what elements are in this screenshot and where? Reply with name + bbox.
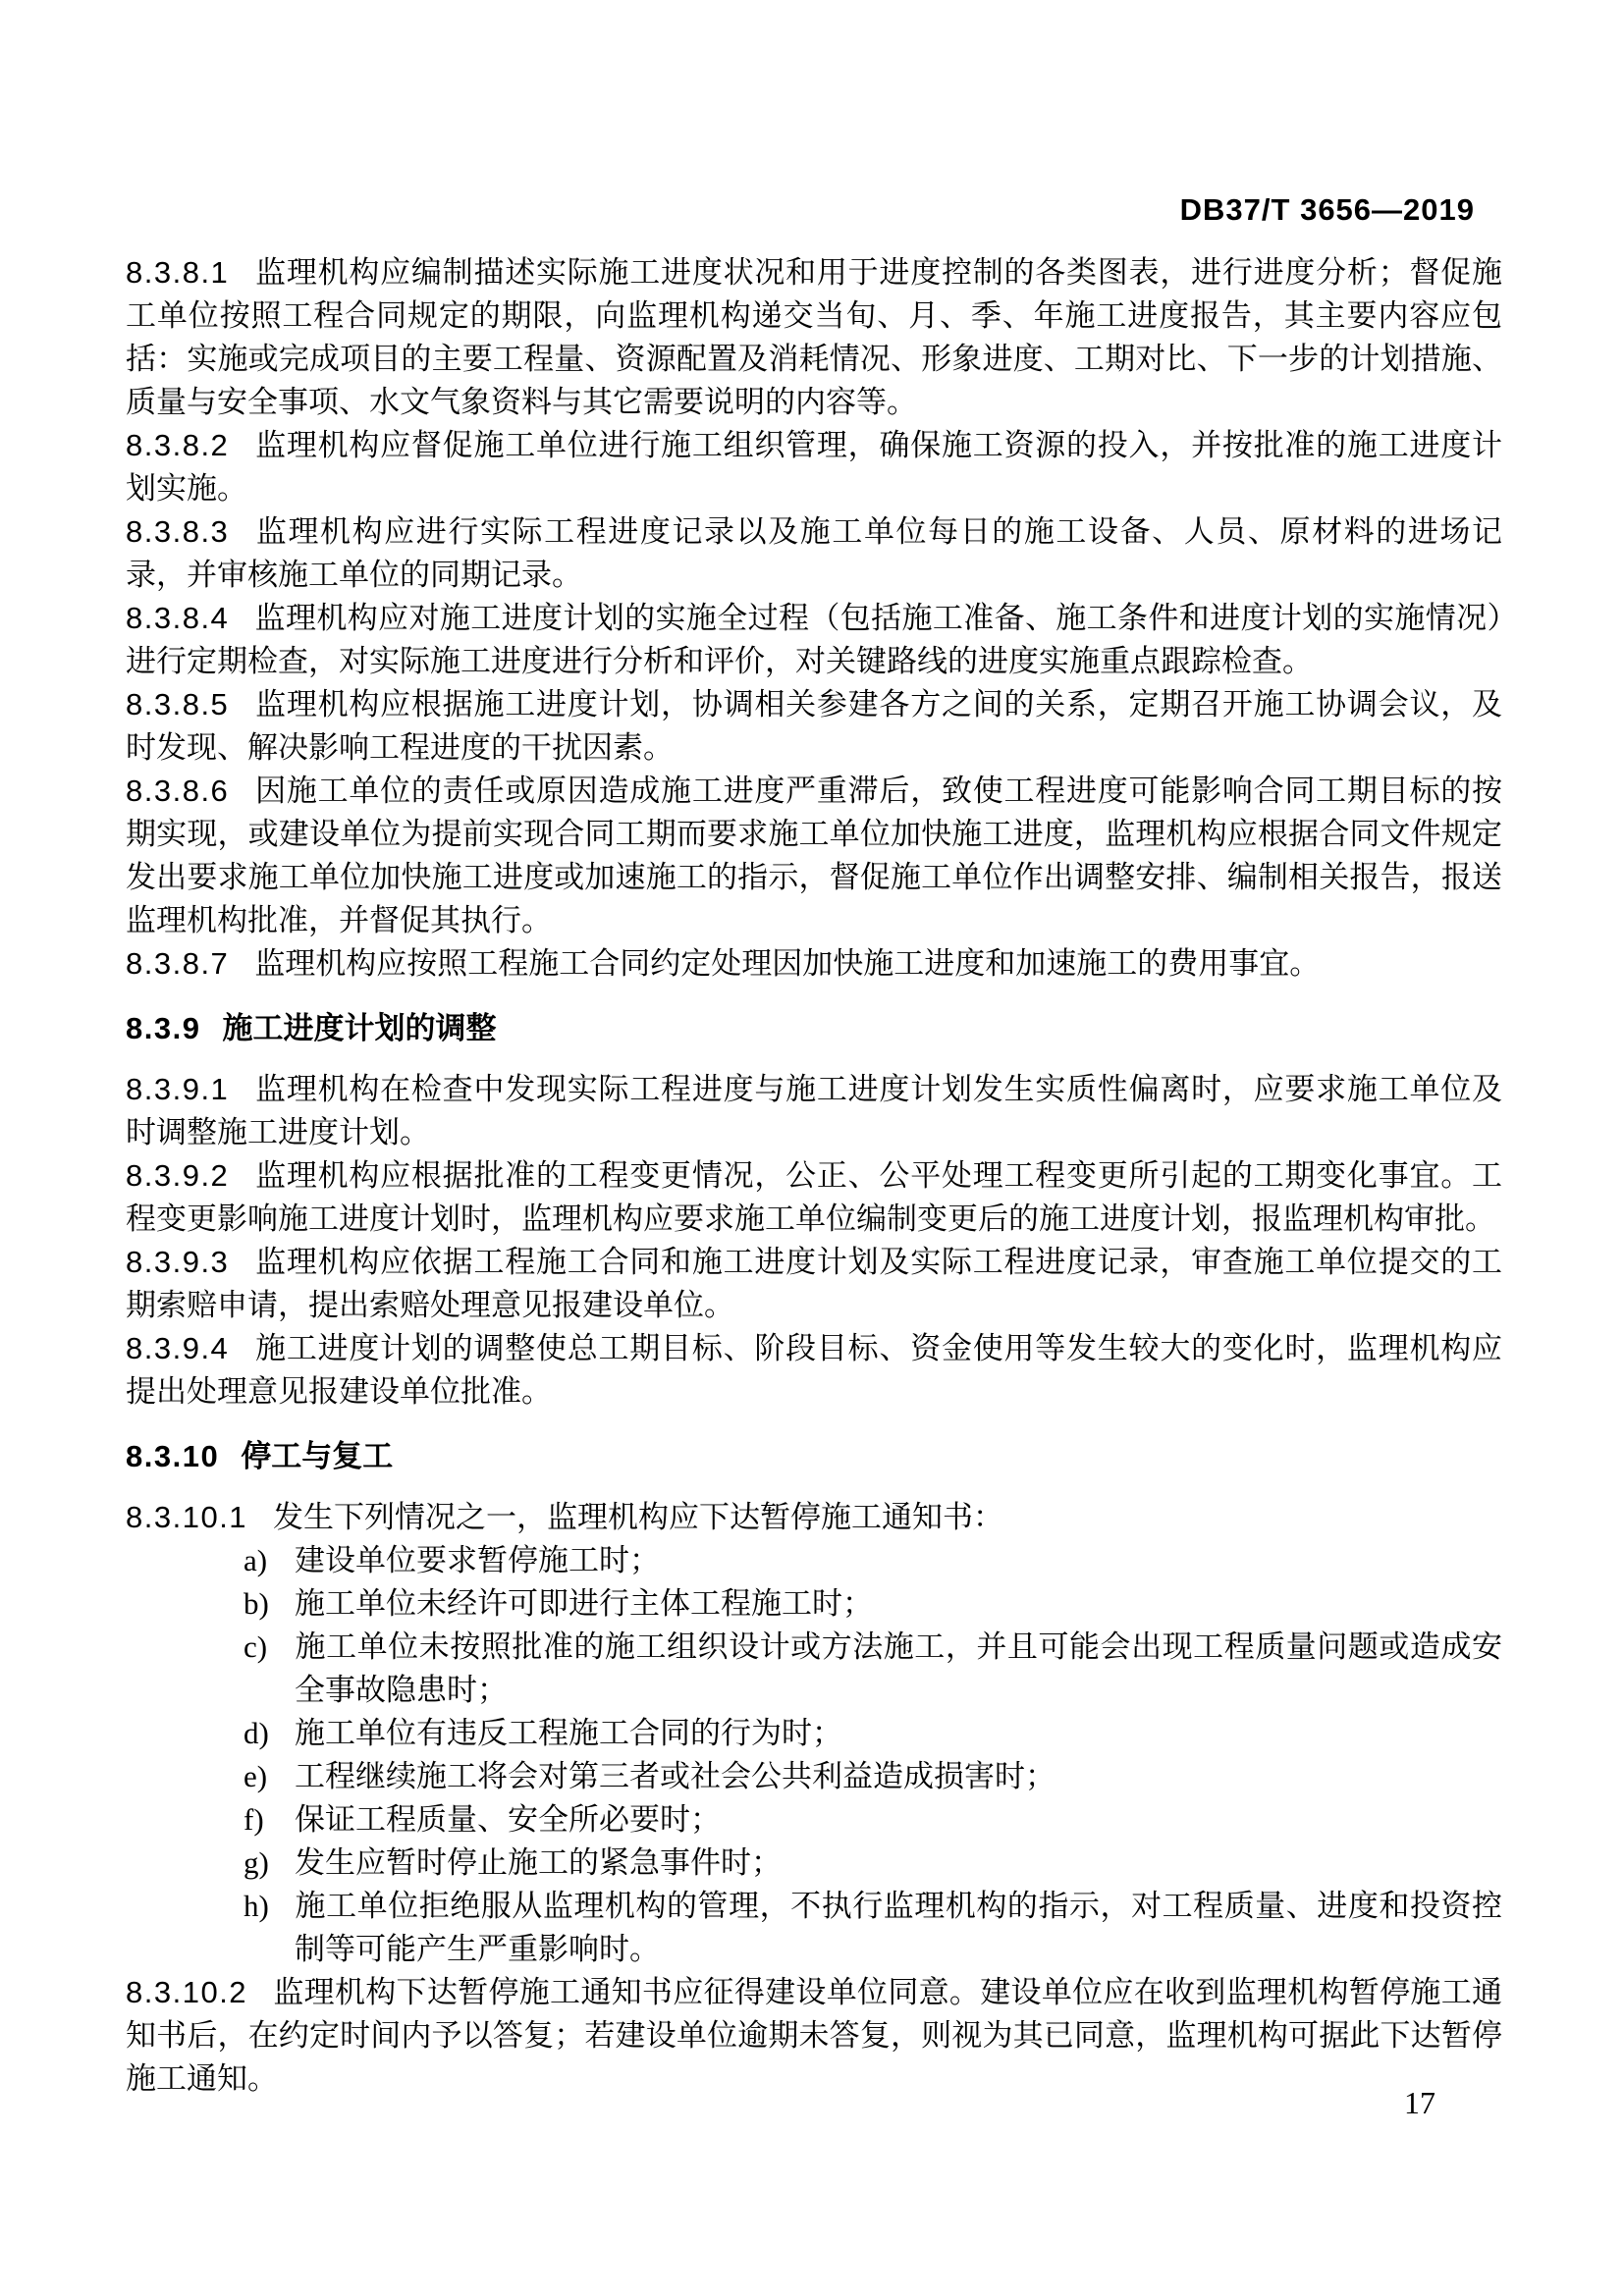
list-item-b: b)施工单位未经许可即进行主体工程施工时；: [126, 1582, 1502, 1626]
list-item-text: 发生应暂时停止施工的紧急事件时；: [295, 1845, 782, 1880]
clause-number: 8.3.8.6: [126, 774, 229, 808]
clause-number: 8.3.10: [126, 1439, 219, 1473]
clause-number: 8.3.8.3: [126, 514, 229, 549]
list-item-h: h)施工单位拒绝服从监理机构的管理，不执行监理机构的指示，对工程质量、进度和投资…: [126, 1885, 1502, 1971]
list-item-text: 工程继续施工将会对第三者或社会公共利益造成损害时；: [295, 1759, 1056, 1793]
clause-8-3-9-2: 8.3.9.2监理机构应根据批准的工程变更情况，公正、公平处理工程变更所引起的工…: [126, 1154, 1502, 1241]
clause-number: 8.3.8.4: [126, 601, 229, 635]
document-body: 8.3.8.1监理机构应编制描述实际施工进度状况和用于进度控制的各类图表，进行进…: [126, 251, 1502, 2101]
clause-number: 8.3.9.2: [126, 1158, 229, 1193]
list-item-text: 施工单位未按照批准的施工组织设计或方法施工，并且可能会出现工程质量问题或造成安全…: [295, 1629, 1502, 1707]
clause-number: 8.3.8.5: [126, 687, 229, 721]
clause-8-3-10-2: 8.3.10.2监理机构下达暂停施工通知书应征得建设单位同意。建设单位应在收到监…: [126, 1971, 1502, 2101]
section-heading-8-3-10: 8.3.10停工与复工: [126, 1435, 1502, 1478]
clause-8-3-8-3: 8.3.8.3监理机构应进行实际工程进度记录以及施工单位每日的施工设备、人员、原…: [126, 510, 1502, 597]
section-heading-text: 施工进度计划的调整: [222, 1011, 496, 1045]
clause-8-3-9-3: 8.3.9.3监理机构应依据工程施工合同和施工进度计划及实际工程进度记录，审查施…: [126, 1241, 1502, 1327]
list-item-marker: f): [244, 1798, 295, 1842]
clause-8-3-8-7: 8.3.8.7监理机构应按照工程施工合同约定处理因加快施工进度和加速施工的费用事…: [126, 942, 1502, 986]
clause-text: 监理机构应对施工进度计划的实施全过程（包括施工准备、施工条件和进度计划的实施情况…: [126, 601, 1502, 678]
clause-number: 8.3.8.1: [126, 255, 229, 290]
clause-text: 监理机构在检查中发现实际工程进度与施工进度计划发生实质性偏离时，应要求施工单位及…: [126, 1072, 1502, 1149]
list-item-marker: h): [244, 1885, 295, 1928]
clause-8-3-10-1: 8.3.10.1发生下列情况之一，监理机构应下达暂停施工通知书：: [126, 1496, 1502, 1539]
clause-number: 8.3.8.7: [126, 946, 229, 981]
clause-text: 监理机构应依据工程施工合同和施工进度计划及实际工程进度记录，审查施工单位提交的工…: [126, 1245, 1502, 1322]
clause-8-3-8-1: 8.3.8.1监理机构应编制描述实际施工进度状况和用于进度控制的各类图表，进行进…: [126, 251, 1502, 424]
clause-8-3-9-1: 8.3.9.1监理机构在检查中发现实际工程进度与施工进度计划发生实质性偏离时，应…: [126, 1068, 1502, 1154]
list-item-text: 保证工程质量、安全所必要时；: [295, 1802, 721, 1837]
clause-text: 监理机构应编制描述实际施工进度状况和用于进度控制的各类图表，进行进度分析；督促施…: [126, 255, 1502, 419]
section-heading-8-3-9: 8.3.9施工进度计划的调整: [126, 1007, 1502, 1050]
list-item-c: c)施工单位未按照批准的施工组织设计或方法施工，并且可能会出现工程质量问题或造成…: [126, 1626, 1502, 1712]
list-item-text: 施工单位未经许可即进行主体工程施工时；: [295, 1586, 873, 1621]
list-item-a: a)建设单位要求暂停施工时；: [126, 1539, 1502, 1582]
page-number: 17: [1404, 2085, 1435, 2121]
clause-number: 8.3.9: [126, 1011, 200, 1045]
list-item-text: 施工单位拒绝服从监理机构的管理，不执行监理机构的指示，对工程质量、进度和投资控制…: [295, 1889, 1502, 1966]
clause-number: 8.3.8.2: [126, 428, 229, 462]
clause-text: 监理机构应进行实际工程进度记录以及施工单位每日的施工设备、人员、原材料的进场记录…: [126, 514, 1502, 592]
clause-text: 监理机构应督促施工单位进行施工组织管理，确保施工资源的投入，并按批准的施工进度计…: [126, 428, 1502, 506]
list-item-d: d)施工单位有违反工程施工合同的行为时；: [126, 1712, 1502, 1755]
clause-text: 施工进度计划的调整使总工期目标、阶段目标、资金使用等发生较大的变化时，监理机构应…: [126, 1331, 1502, 1409]
clause-8-3-8-4: 8.3.8.4监理机构应对施工进度计划的实施全过程（包括施工准备、施工条件和进度…: [126, 597, 1502, 683]
clause-number: 8.3.9.1: [126, 1072, 229, 1106]
clause-8-3-8-2: 8.3.8.2监理机构应督促施工单位进行施工组织管理，确保施工资源的投入，并按批…: [126, 424, 1502, 510]
document-page: DB37/T 3656—2019 8.3.8.1监理机构应编制描述实际施工进度状…: [0, 0, 1624, 2296]
list-item-marker: d): [244, 1712, 295, 1755]
document-number-header: DB37/T 3656—2019: [126, 192, 1475, 228]
clause-number: 8.3.10.2: [126, 1975, 247, 2009]
clause-text: 监理机构应按照工程施工合同约定处理因加快施工进度和加速施工的费用事宜。: [254, 946, 1320, 981]
list-item-f: f)保证工程质量、安全所必要时；: [126, 1798, 1502, 1842]
clause-text: 监理机构应根据施工进度计划，协调相关参建各方之间的关系，定期召开施工协调会议，及…: [126, 687, 1502, 765]
list-item-marker: g): [244, 1842, 295, 1885]
clause-text: 因施工单位的责任或原因造成施工进度严重滞后，致使工程进度可能影响合同工期目标的按…: [126, 774, 1502, 937]
clause-number: 8.3.9.3: [126, 1245, 229, 1279]
list-item-marker: c): [244, 1626, 295, 1669]
clause-text: 发生下列情况之一，监理机构应下达暂停施工通知书：: [273, 1500, 1003, 1534]
lettered-list: a)建设单位要求暂停施工时；b)施工单位未经许可即进行主体工程施工时；c)施工单…: [126, 1539, 1502, 1971]
clause-text: 监理机构下达暂停施工通知书应征得建设单位同意。建设单位应在收到监理机构暂停施工通…: [126, 1975, 1502, 2096]
list-item-text: 建设单位要求暂停施工时；: [295, 1543, 660, 1577]
clause-8-3-9-4: 8.3.9.4施工进度计划的调整使总工期目标、阶段目标、资金使用等发生较大的变化…: [126, 1327, 1502, 1414]
list-item-g: g)发生应暂时停止施工的紧急事件时；: [126, 1842, 1502, 1885]
clause-8-3-8-5: 8.3.8.5监理机构应根据施工进度计划，协调相关参建各方之间的关系，定期召开施…: [126, 683, 1502, 770]
list-item-marker: a): [244, 1539, 295, 1582]
clause-number: 8.3.9.4: [126, 1331, 229, 1365]
clause-number: 8.3.10.1: [126, 1500, 247, 1534]
list-item-marker: e): [244, 1755, 295, 1798]
list-item-marker: b): [244, 1582, 295, 1626]
list-item-e: e)工程继续施工将会对第三者或社会公共利益造成损害时；: [126, 1755, 1502, 1798]
clause-8-3-8-6: 8.3.8.6因施工单位的责任或原因造成施工进度严重滞后，致使工程进度可能影响合…: [126, 770, 1502, 942]
section-heading-text: 停工与复工: [241, 1439, 393, 1473]
list-item-text: 施工单位有违反工程施工合同的行为时；: [295, 1716, 842, 1750]
clause-text: 监理机构应根据批准的工程变更情况，公正、公平处理工程变更所引起的工期变化事宜。工…: [126, 1158, 1502, 1236]
